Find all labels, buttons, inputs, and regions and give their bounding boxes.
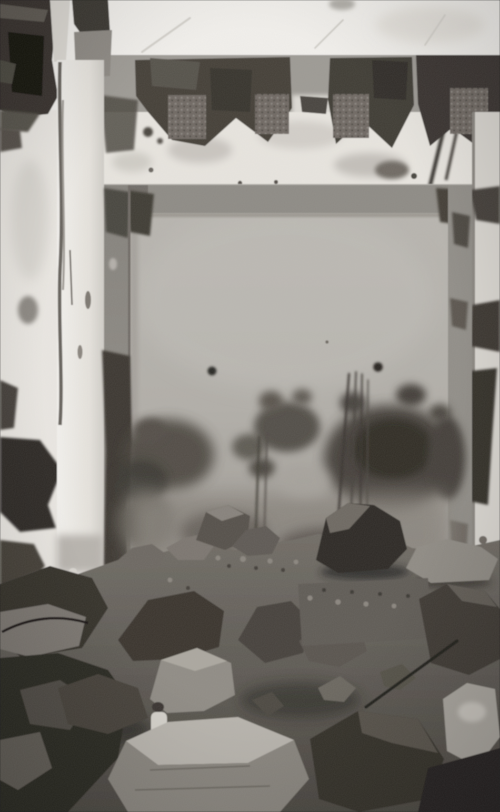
vignette-overlay — [0, 0, 500, 812]
photo — [0, 0, 500, 812]
photo-stage — [0, 0, 500, 812]
photo-canvas — [0, 0, 500, 812]
